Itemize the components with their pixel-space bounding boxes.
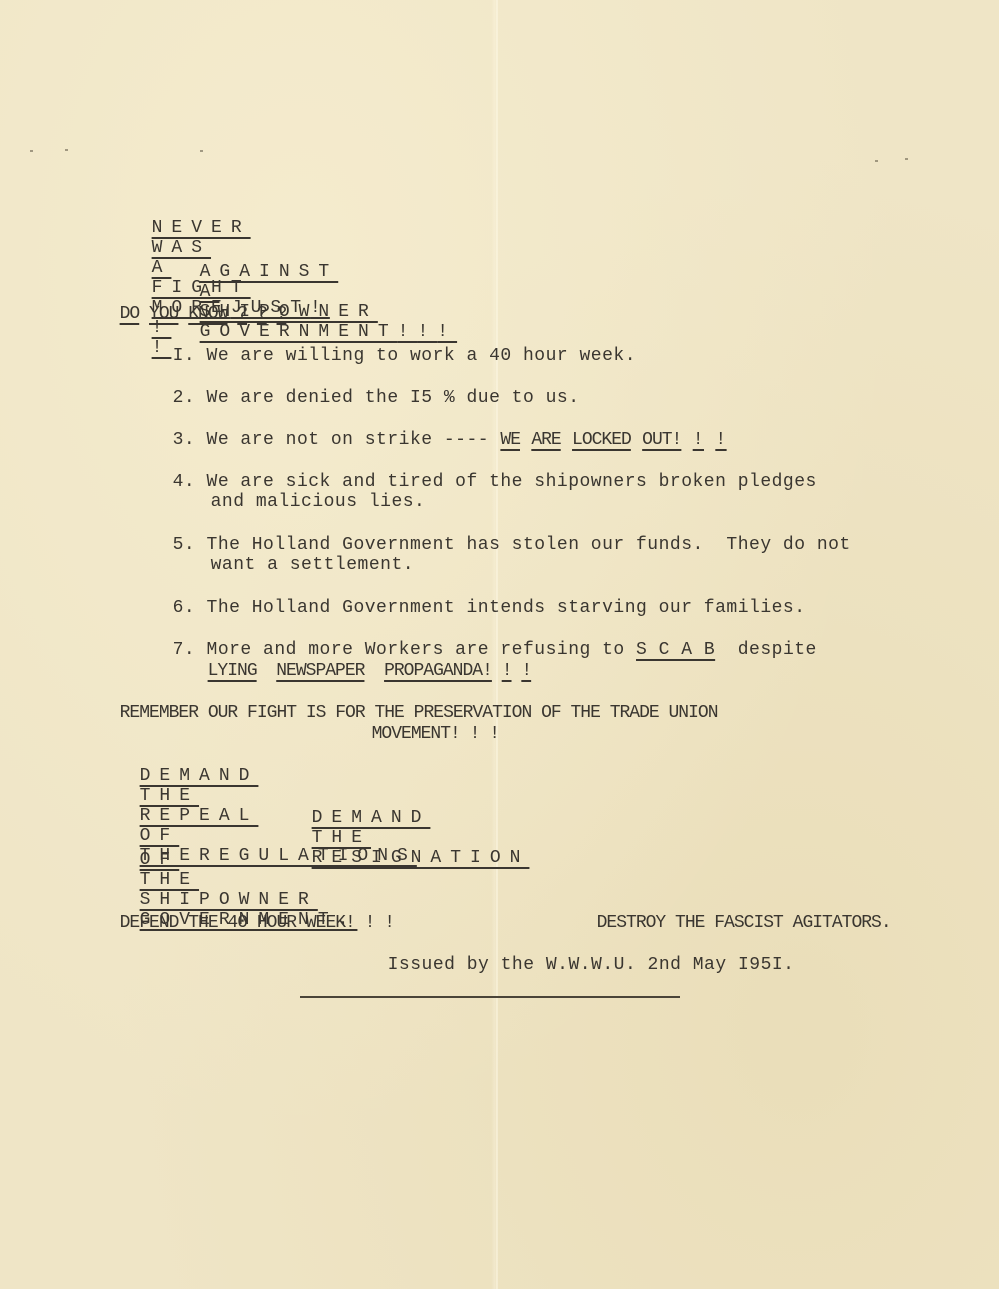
point-text: The Holland Government intends starving …: [207, 598, 806, 618]
headline-word: AGAINST: [200, 262, 339, 282]
paper-speck: [200, 150, 203, 152]
demand-word: THE: [140, 786, 199, 806]
headline-word: NEVER: [152, 218, 251, 238]
point-text: We are not on strike ----: [207, 430, 490, 450]
point-text: want a settlement.: [211, 555, 414, 575]
point-text: We are willing to work a 40 hour week.: [207, 346, 636, 366]
paper-speck: [875, 160, 878, 162]
heading-word: DO: [120, 304, 140, 324]
paper-speck: [65, 149, 68, 151]
point-2: 2. We are denied the I5 % due to us.: [150, 368, 580, 408]
point-number: I.: [173, 346, 196, 366]
heading-word: ?: [277, 304, 287, 324]
point-4-continuation: and malicious lies.: [188, 472, 425, 512]
point-1: I. We are willing to work a 40 hour week…: [150, 326, 636, 366]
issued-by-line: Issued by the W.W.W.U. 2nd May I95I.: [365, 935, 794, 975]
heading-word: YOU: [149, 304, 178, 324]
emphasis-word: OUT!: [642, 430, 681, 450]
bottom-rule: [300, 996, 680, 998]
point-5-continuation: want a settlement.: [188, 535, 414, 575]
emphasis-word: PROPAGANDA!: [384, 661, 492, 681]
slogan-text: DESTROY THE FASCIST AGITATORS.: [597, 913, 891, 933]
point-7-continuation: LYING NEWSPAPER PROPAGANDA! ! !: [188, 641, 531, 681]
point-text: and malicious lies.: [211, 492, 426, 512]
emphasis-word: WE: [500, 430, 520, 450]
demand-word: DEMAND: [140, 766, 259, 786]
emphasis-word: LYING: [208, 661, 257, 681]
slogan-defend: DEFEND THE 40 HOUR WEEK! ! !: [100, 893, 394, 933]
emphasis-word: !: [521, 661, 531, 681]
point-number: 6.: [173, 598, 196, 618]
slogan-destroy: DESTROY THE FASCIST AGITATORS.: [577, 893, 891, 933]
heading-word: ?: [237, 304, 247, 324]
heading-word: KNOW: [188, 304, 227, 324]
emphasis-word: !: [715, 430, 726, 450]
emphasis-word: ARE: [531, 430, 560, 450]
point-text: We are denied the I5 % due to us.: [207, 388, 580, 408]
remember-line-2: MOVEMENT! ! !: [352, 704, 499, 744]
emphasis-word: !: [693, 430, 704, 450]
paper-speck: [905, 158, 908, 160]
heading-word: ?: [257, 304, 267, 324]
emphasis-word: NEWSPAPER: [276, 661, 364, 681]
point-number: 2.: [173, 388, 196, 408]
remember-text: MOVEMENT! ! !: [372, 724, 499, 744]
demand-word: OF: [140, 850, 180, 870]
issued-text: Issued by the W.W.W.U. 2nd May I95I.: [388, 955, 795, 975]
point-3: 3. We are not on strike ---- WE ARE LOCK…: [150, 410, 727, 450]
emphasis-word: !: [502, 661, 512, 681]
scab-word: S C A B: [636, 640, 715, 660]
paper-speck: [30, 150, 33, 152]
point-6: 6. The Holland Government intends starvi…: [150, 578, 806, 618]
demand-word: REPEAL: [140, 806, 259, 826]
do-you-know-heading: DO YOU KNOW ? ? ?: [100, 284, 286, 324]
demand-word: DEMAND: [312, 808, 431, 828]
slogan-text: DEFEND THE 40 HOUR WEEK! ! !: [120, 913, 394, 933]
demand-word: THE: [140, 870, 199, 890]
point-text: despite: [738, 640, 817, 660]
point-number: 3.: [173, 430, 196, 450]
emphasis-word: LOCKED: [572, 430, 631, 450]
